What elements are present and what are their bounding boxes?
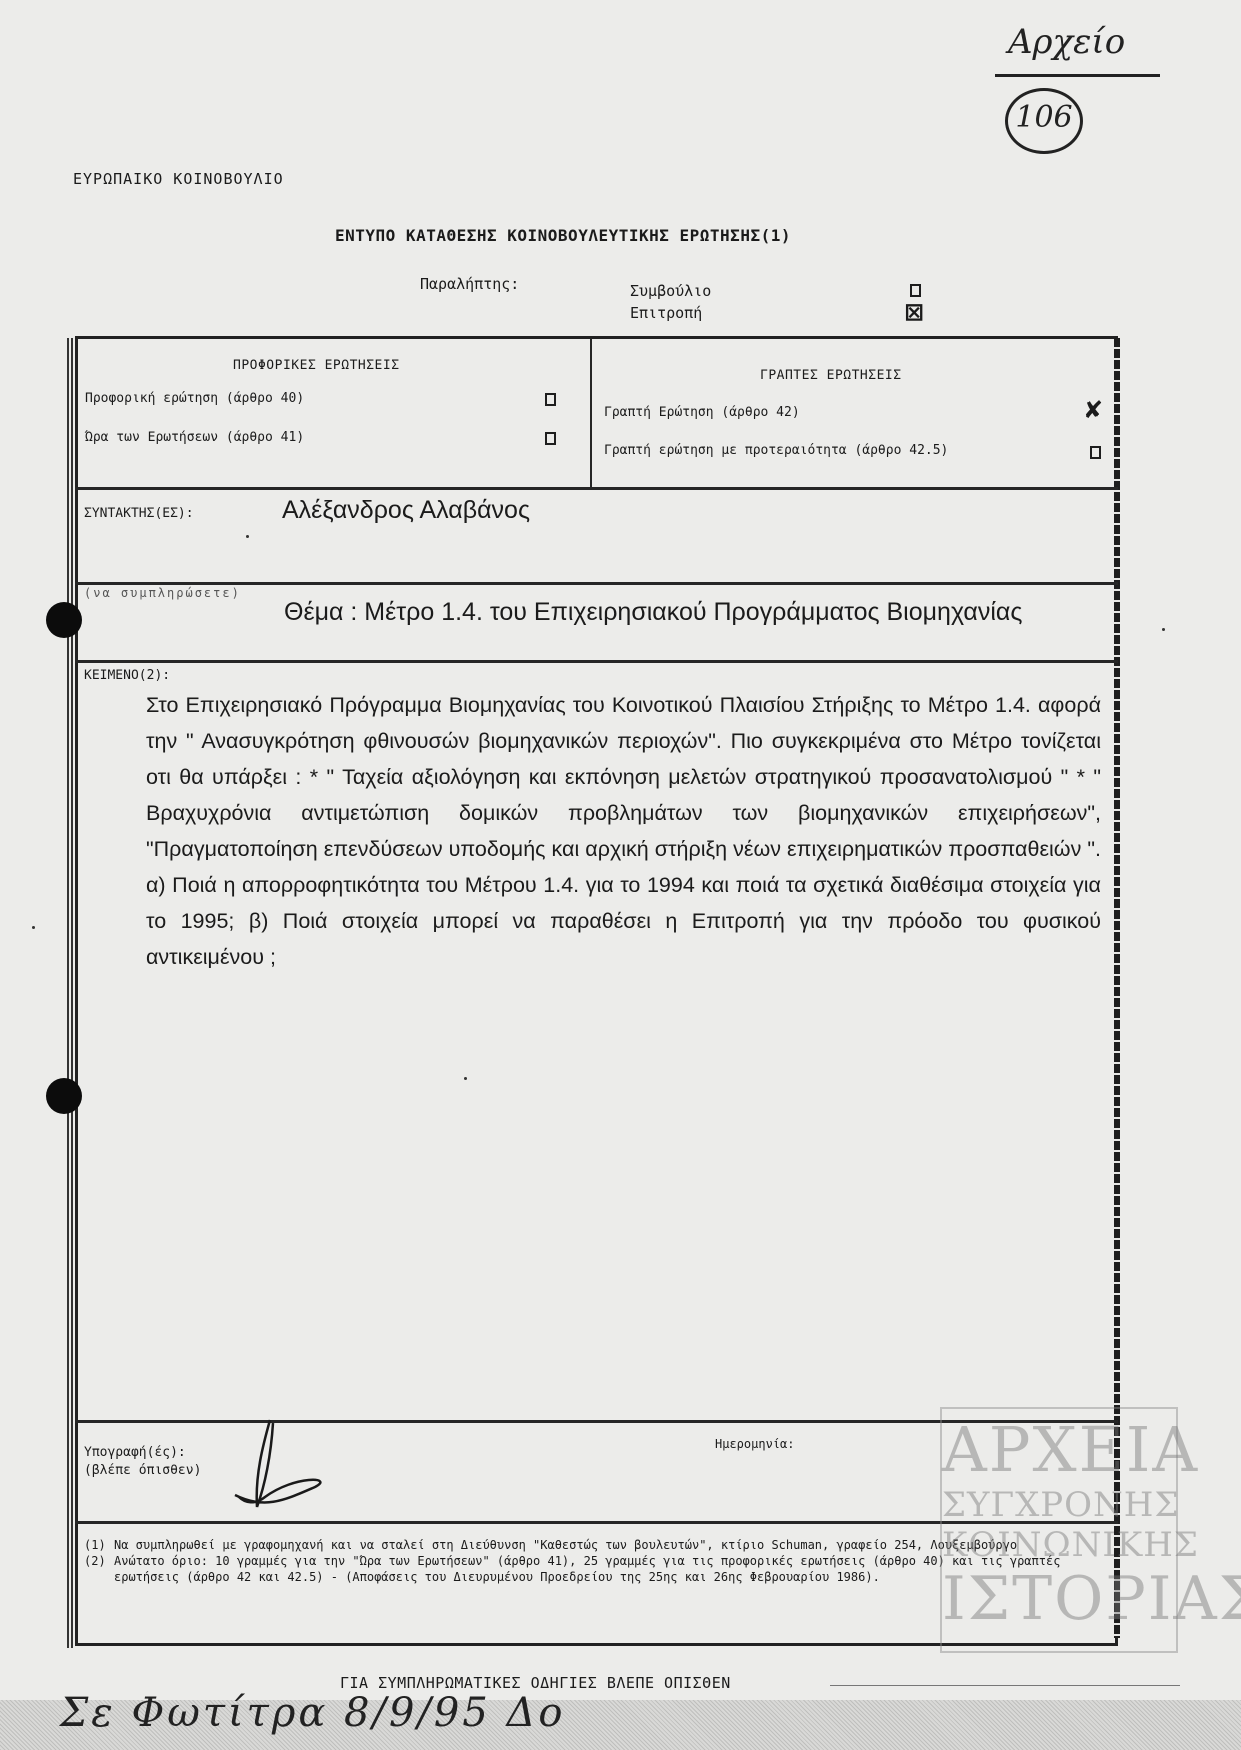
punch-hole-icon <box>46 1078 82 1114</box>
question-type-column-divider <box>590 338 592 488</box>
handwritten-bottom-note: Σε Φωτίτρα 8/9/95 Δο <box>60 1690 566 1736</box>
signature-label-line1: Υπογραφή(ές): <box>84 1444 201 1462</box>
priority-written-question-checkbox[interactable] <box>1090 446 1101 459</box>
subject-line: Θέμα : Μέτρο 1.4. του Επιχειρησιακού Προ… <box>284 598 1022 627</box>
signature-label: Υπογραφή(ές): (βλέπε όπισθεν) <box>84 1444 201 1480</box>
handwritten-signature-icon <box>225 1415 345 1515</box>
date-label: Ημερομηνία: <box>715 1437 794 1451</box>
author-name: Αλέξανδρος Αλαβάνος <box>282 496 530 525</box>
question-time-art41-label: Ώρα των Ερωτήσεων (άρθρο 41) <box>85 430 304 445</box>
back-instructions-rule <box>830 1685 1180 1686</box>
archive-number: 106 <box>1005 100 1083 135</box>
footnotes: (1) Να συμπληρωθεί με γραφομηχανή και να… <box>84 1537 1084 1585</box>
divider <box>75 1521 1118 1524</box>
scan-speck <box>32 926 35 929</box>
archive-handwritten-label: Αρχείο <box>1008 22 1125 62</box>
recipient-commission-checkbox-checked[interactable]: ⊠ <box>904 300 924 324</box>
footnote-text: Να συμπληρωθεί με γραφομηχανή και να στα… <box>114 1537 1017 1553</box>
signature-label-line2: (βλέπε όπισθεν) <box>84 1462 201 1480</box>
text-label: ΚΕΙΜΕΝΟ(2): <box>84 668 170 683</box>
footnote-number: (2) <box>84 1553 114 1585</box>
recipient-council-checkbox[interactable] <box>910 284 921 297</box>
footnote-2: (2) Ανώτατο όριο: 10 γραμμές για την "Ώρ… <box>84 1553 1084 1585</box>
written-question-art42-checkbox-checked[interactable]: ✘ <box>1083 398 1103 422</box>
footnote-number: (1) <box>84 1537 114 1553</box>
scan-speck <box>1162 628 1165 631</box>
form-title: ΕΝΤΥΠΟ ΚΑΤΑΘΕΣΗΣ ΚΟΙΝΟΒΟΥΛΕΥΤΙΚΗΣ ΕΡΩΤΗΣ… <box>335 226 791 245</box>
recipient-label: Παραλήπτης: <box>420 275 519 293</box>
archive-underline <box>995 74 1160 77</box>
written-question-art42-label: Γραπτή Ερώτηση (άρθρο 42) <box>604 405 800 420</box>
oral-question-art40-label: Προφορική ερώτηση (άρθρο 40) <box>85 391 304 406</box>
left-margin-rule <box>67 338 73 1648</box>
oral-questions-heading: ΠΡΟΦΟΡΙΚΕΣ ΕΡΩΤΗΣΕΙΣ <box>233 358 400 373</box>
oral-question-art40-checkbox[interactable] <box>545 393 556 406</box>
subject-faint-label: (να συμπληρώσετε) <box>84 586 241 600</box>
author-label: ΣΥΝΤΑΚΤΗΣ(ΕΣ): <box>84 506 194 521</box>
divider <box>75 660 1118 663</box>
punch-hole-icon <box>46 602 82 638</box>
recipient-option-commission: Επιτροπή <box>630 304 702 322</box>
written-questions-heading: ΓΡΑΠΤΕΣ ΕΡΩΤΗΣΕΙΣ <box>760 368 902 383</box>
divider <box>75 487 1118 490</box>
priority-written-question-art42-5-label: Γραπτή ερώτηση με προτεραιότητα (άρθρο 4… <box>604 443 948 458</box>
divider <box>75 582 1118 585</box>
recipient-option-council: Συμβούλιο <box>630 282 711 300</box>
question-time-art41-checkbox[interactable] <box>545 432 556 445</box>
institution-name: ΕΥΡΩΠΑΙΚΟ ΚΟΙΝΟΒΟΥΛΙΟ <box>73 170 284 188</box>
scan-speck <box>246 535 249 538</box>
question-body-text: Στο Επιχειρησιακό Πρόγραμμα Βιομηχανίας … <box>146 687 1101 975</box>
footnote-text: Ανώτατο όριο: 10 γραμμές για την "Ώρα τω… <box>114 1553 1084 1585</box>
scan-speck <box>464 1077 467 1080</box>
form-frame-right-edge <box>1114 338 1120 1638</box>
footnote-1: (1) Να συμπληρωθεί με γραφομηχανή και να… <box>84 1537 1084 1553</box>
